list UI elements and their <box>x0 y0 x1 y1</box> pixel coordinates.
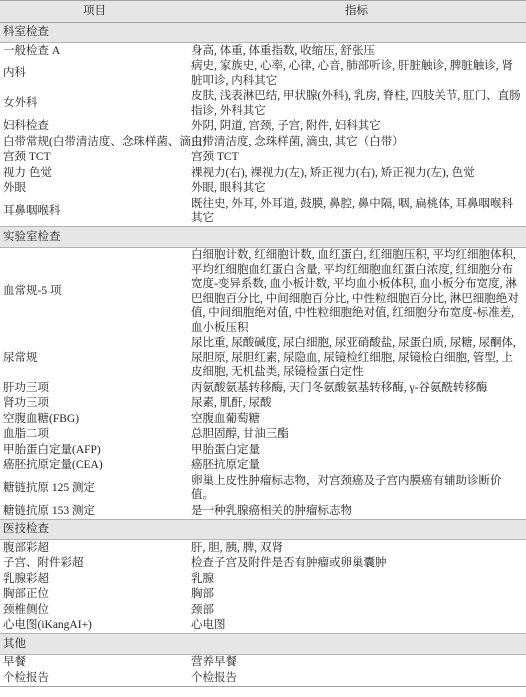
table-row: 女外科皮肤, 浅表淋巴结, 甲状腺(外科), 乳房, 脊柱, 四肢关节, 肛门、… <box>0 89 526 119</box>
indicator-cell: 既往史, 外耳, 外耳道, 鼓膜, 鼻腔, 鼻中隔, 咽, 扁桃体, 耳鼻咽喉科… <box>190 196 526 227</box>
table-row: 早餐营养早餐 <box>0 654 526 670</box>
table-row: 空腹血糖(FBG)空腹血葡萄糖 <box>0 411 526 427</box>
item-name-cell: 胸部正位 <box>0 587 190 603</box>
table-header-row: 项目 指标 <box>0 1 526 23</box>
indicator-cell: 胸部 <box>190 587 526 603</box>
item-name-cell: 糖链抗原 125 测定 <box>0 473 190 503</box>
table-row: 妇科检查外阴, 阴道, 宫颈, 子宫, 附件, 妇科其它 <box>0 119 526 135</box>
table-row: 宫颈 TCT宫颈 TCT <box>0 150 526 166</box>
item-name-cell: 视力 色觉 <box>0 165 190 181</box>
exam-items-table: 项目 指标 科室检查一般检查 A身高, 体重, 体重指数, 收缩压, 舒张压内科… <box>0 0 526 687</box>
table-row: 乳腺彩超乳腺 <box>0 571 526 587</box>
table-header: 项目 指标 <box>0 1 526 23</box>
indicator-cell: 白细胞计数, 红细胞计数, 血红蛋白, 红细胞压积, 平均红细胞体积, 平均红细… <box>190 247 526 336</box>
table-row: 癌胚抗原定量(CEA)癌胚抗原定量 <box>0 458 526 474</box>
section-title: 实验室检查 <box>0 227 526 248</box>
item-name-cell: 女外科 <box>0 89 190 119</box>
indicator-cell: 宫颈 TCT <box>190 150 526 166</box>
table-row: 糖链抗原 125 测定卵巢上皮性肿瘤标志物，对宫颈癌及子宫内膜癌有辅助诊断价值。 <box>0 473 526 503</box>
table-row: 耳鼻咽喉科既往史, 外耳, 外耳道, 鼓膜, 鼻腔, 鼻中隔, 咽, 扁桃体, … <box>0 196 526 227</box>
column-header-indicator: 指标 <box>190 1 526 23</box>
indicator-cell: 尿比重, 尿酸碱度, 尿白细胞, 尿亚硝酸盐, 尿蛋白质, 尿糖, 尿酮体, 尿… <box>190 336 526 381</box>
table-row: 视力 色觉裸视力(右), 裸视力(左), 矫正视力(右), 矫正视力(左), 色… <box>0 165 526 181</box>
item-name-cell: 宫颈 TCT <box>0 150 190 166</box>
indicator-cell: 颈部 <box>190 602 526 618</box>
table-row: 血脂二项总胆固醇, 甘油三酯 <box>0 427 526 443</box>
table-body: 科室检查一般检查 A身高, 体重, 体重指数, 收缩压, 舒张压内科病史, 家族… <box>0 22 526 686</box>
indicator-cell: 检查子宫及附件是否有肿瘤或卵巢囊肿 <box>190 556 526 572</box>
section-title: 医技检查 <box>0 519 526 540</box>
indicator-cell: 外阴, 阴道, 宫颈, 子宫, 附件, 妇科其它 <box>190 119 526 135</box>
section-header-row: 其他 <box>0 634 526 655</box>
indicator-cell: 外眼, 眼科其它 <box>190 181 526 197</box>
item-name-cell: 糖链抗原 153 测定 <box>0 503 190 519</box>
indicator-cell: 尿素, 肌酐, 尿酸 <box>190 396 526 412</box>
section-title: 科室检查 <box>0 22 526 43</box>
indicator-cell: 个检报告 <box>190 670 526 686</box>
table-row: 肾功三项尿素, 肌酐, 尿酸 <box>0 396 526 412</box>
indicator-cell: 空腹血葡萄糖 <box>190 411 526 427</box>
indicator-cell: 癌胚抗原定量 <box>190 458 526 474</box>
table-row: 白带常规(白带清洁度、念珠样菌、滴虫)白带清洁度, 念珠样菌, 滴虫, 其它（白… <box>0 134 526 150</box>
item-name-cell: 白带常规(白带清洁度、念珠样菌、滴虫) <box>0 134 190 150</box>
indicator-cell: 裸视力(右), 裸视力(左), 矫正视力(右), 矫正视力(左), 色觉 <box>190 165 526 181</box>
indicator-cell: 身高, 体重, 体重指数, 收缩压, 舒张压 <box>190 43 526 59</box>
item-name-cell: 外眼 <box>0 181 190 197</box>
indicator-cell: 皮肤, 浅表淋巴结, 甲状腺(外科), 乳房, 脊柱, 四肢关节, 肛门、直肠指… <box>190 89 526 119</box>
table-row: 甲胎蛋白定量(AFP)甲胎蛋白定量 <box>0 442 526 458</box>
section-title: 其他 <box>0 634 526 655</box>
table-row: 一般检查 A身高, 体重, 体重指数, 收缩压, 舒张压 <box>0 43 526 59</box>
table-row: 内科病史, 家族史, 心率, 心律, 心音, 肺部听诊, 肝脏触诊, 脾脏触诊,… <box>0 59 526 89</box>
indicator-cell: 丙氨酸氨基转移酶, 天门冬氨酸氨基转移酶, γ-谷氨酰转移酶 <box>190 380 526 396</box>
table-row: 尿常规尿比重, 尿酸碱度, 尿白细胞, 尿亚硝酸盐, 尿蛋白质, 尿糖, 尿酮体… <box>0 336 526 381</box>
table-row: 胸部正位胸部 <box>0 587 526 603</box>
indicator-cell: 总胆固醇, 甘油三酯 <box>190 427 526 443</box>
table-row: 颈椎侧位颈部 <box>0 602 526 618</box>
section-header-row: 实验室检查 <box>0 227 526 248</box>
indicator-cell: 卵巢上皮性肿瘤标志物，对宫颈癌及子宫内膜癌有辅助诊断价值。 <box>190 473 526 503</box>
table-row: 外眼外眼, 眼科其它 <box>0 181 526 197</box>
indicator-cell: 病史, 家族史, 心率, 心律, 心音, 肺部听诊, 肝脏触诊, 脾脏触诊, 肾… <box>190 59 526 89</box>
indicator-cell: 肝, 胆, 胰, 脾, 双肾 <box>190 540 526 556</box>
item-name-cell: 乳腺彩超 <box>0 571 190 587</box>
indicator-cell: 白带清洁度, 念珠样菌, 滴虫, 其它（白带） <box>190 134 526 150</box>
table-row: 血常规-5 项白细胞计数, 红细胞计数, 血红蛋白, 红细胞压积, 平均红细胞体… <box>0 247 526 336</box>
item-name-cell: 子宫、附件彩超 <box>0 556 190 572</box>
item-name-cell: 血常规-5 项 <box>0 247 190 336</box>
item-name-cell: 早餐 <box>0 654 190 670</box>
indicator-cell: 乳腺 <box>190 571 526 587</box>
item-name-cell: 肝功三项 <box>0 380 190 396</box>
indicator-cell: 营养早餐 <box>190 654 526 670</box>
item-name-cell: 尿常规 <box>0 336 190 381</box>
item-name-cell: 甲胎蛋白定量(AFP) <box>0 442 190 458</box>
item-name-cell: 耳鼻咽喉科 <box>0 196 190 227</box>
item-name-cell: 妇科检查 <box>0 119 190 135</box>
section-header-row: 科室检查 <box>0 22 526 43</box>
column-header-item: 项目 <box>0 1 190 23</box>
item-name-cell: 颈椎侧位 <box>0 602 190 618</box>
item-name-cell: 腹部彩超 <box>0 540 190 556</box>
item-name-cell: 心电图(iKangAI+) <box>0 618 190 634</box>
item-name-cell: 个检报告 <box>0 670 190 686</box>
table-row: 心电图(iKangAI+)心电图 <box>0 618 526 634</box>
section-header-row: 医技检查 <box>0 519 526 540</box>
table-row: 个检报告个检报告 <box>0 670 526 686</box>
table-row: 糖链抗原 153 测定是一种乳腺癌相关的肿瘤标志物 <box>0 503 526 519</box>
indicator-cell: 甲胎蛋白定量 <box>190 442 526 458</box>
item-name-cell: 肾功三项 <box>0 396 190 412</box>
indicator-cell: 是一种乳腺癌相关的肿瘤标志物 <box>190 503 526 519</box>
table-row: 子宫、附件彩超检查子宫及附件是否有肿瘤或卵巢囊肿 <box>0 556 526 572</box>
table-row: 腹部彩超肝, 胆, 胰, 脾, 双肾 <box>0 540 526 556</box>
table-row: 肝功三项丙氨酸氨基转移酶, 天门冬氨酸氨基转移酶, γ-谷氨酰转移酶 <box>0 380 526 396</box>
item-name-cell: 一般检查 A <box>0 43 190 59</box>
item-name-cell: 血脂二项 <box>0 427 190 443</box>
item-name-cell: 空腹血糖(FBG) <box>0 411 190 427</box>
item-name-cell: 癌胚抗原定量(CEA) <box>0 458 190 474</box>
indicator-cell: 心电图 <box>190 618 526 634</box>
item-name-cell: 内科 <box>0 59 190 89</box>
